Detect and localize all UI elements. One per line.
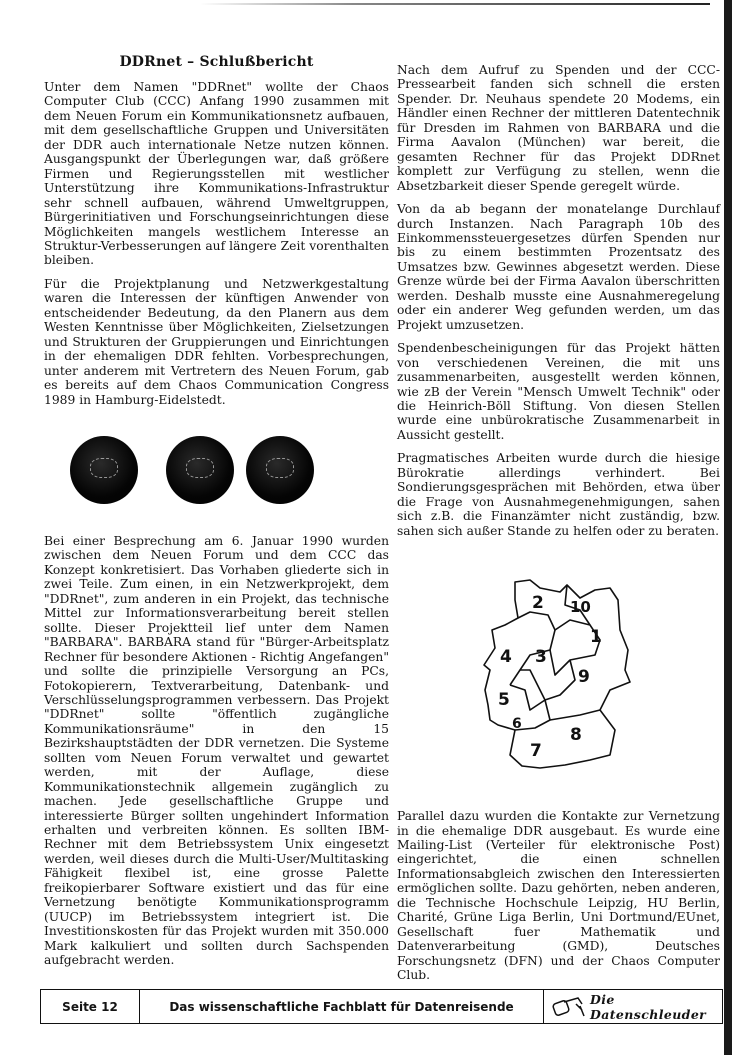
map-label: 9 (578, 667, 590, 687)
slingshot-logo-icon (552, 996, 586, 1018)
germany-map-figure: 2 10 1 3 4 9 5 6 8 7 (470, 570, 660, 770)
map-label: 7 (530, 741, 542, 761)
map-label: 2 (532, 593, 544, 613)
map-label: 5 (498, 690, 510, 710)
paragraph-meeting: Bei einer Besprechung am 6. Januar 1990 … (44, 534, 389, 968)
footer-brand: Die Datenschleuder (544, 990, 722, 1023)
map-label: 4 (500, 647, 512, 667)
brand-name: Die Datenschleuder (590, 992, 722, 1022)
paragraph-contacts: Parallel dazu wurden die Kontakte zur Ve… (397, 809, 720, 982)
paragraph-certificates: Spendenbescheinigungen für das Projekt h… (397, 341, 720, 442)
coin-image (166, 436, 234, 504)
map-label: 1 (590, 627, 602, 647)
map-label: 10 (570, 598, 591, 616)
coins-figure (70, 436, 300, 506)
page-number: Seite 12 (41, 990, 140, 1023)
footer-tagline: Das wissenschaftliche Fachblatt für Date… (140, 990, 544, 1023)
article-title: DDRnet – Schlußbericht (44, 54, 389, 70)
paragraph-intro: Unter dem Namen "DDRnet" wollte der Chao… (44, 80, 389, 268)
map-label: 6 (512, 716, 522, 732)
paragraph-planning: Für die Projektplanung und Netzwerkgesta… (44, 277, 389, 407)
scan-edge-bar (724, 0, 732, 1055)
map-label: 3 (535, 647, 547, 667)
page-footer: Seite 12 Das wissenschaftliche Fachblatt… (40, 989, 723, 1024)
left-column: Unter dem Namen "DDRnet" wollte der Chao… (44, 80, 389, 977)
coin-image (246, 436, 314, 504)
paragraph-donations: Nach dem Aufruf zu Spenden und der CCC-P… (397, 63, 720, 193)
paragraph-instances: Von da ab begann der monatelange Durchla… (397, 202, 720, 332)
paragraph-bureaucracy: Pragmatisches Arbeiten wurde durch die h… (397, 451, 720, 538)
coin-image (70, 436, 138, 504)
map-label: 8 (570, 725, 582, 745)
scan-edge-line (200, 3, 710, 5)
right-column: Nach dem Aufruf zu Spenden und der CCC-P… (397, 63, 720, 991)
